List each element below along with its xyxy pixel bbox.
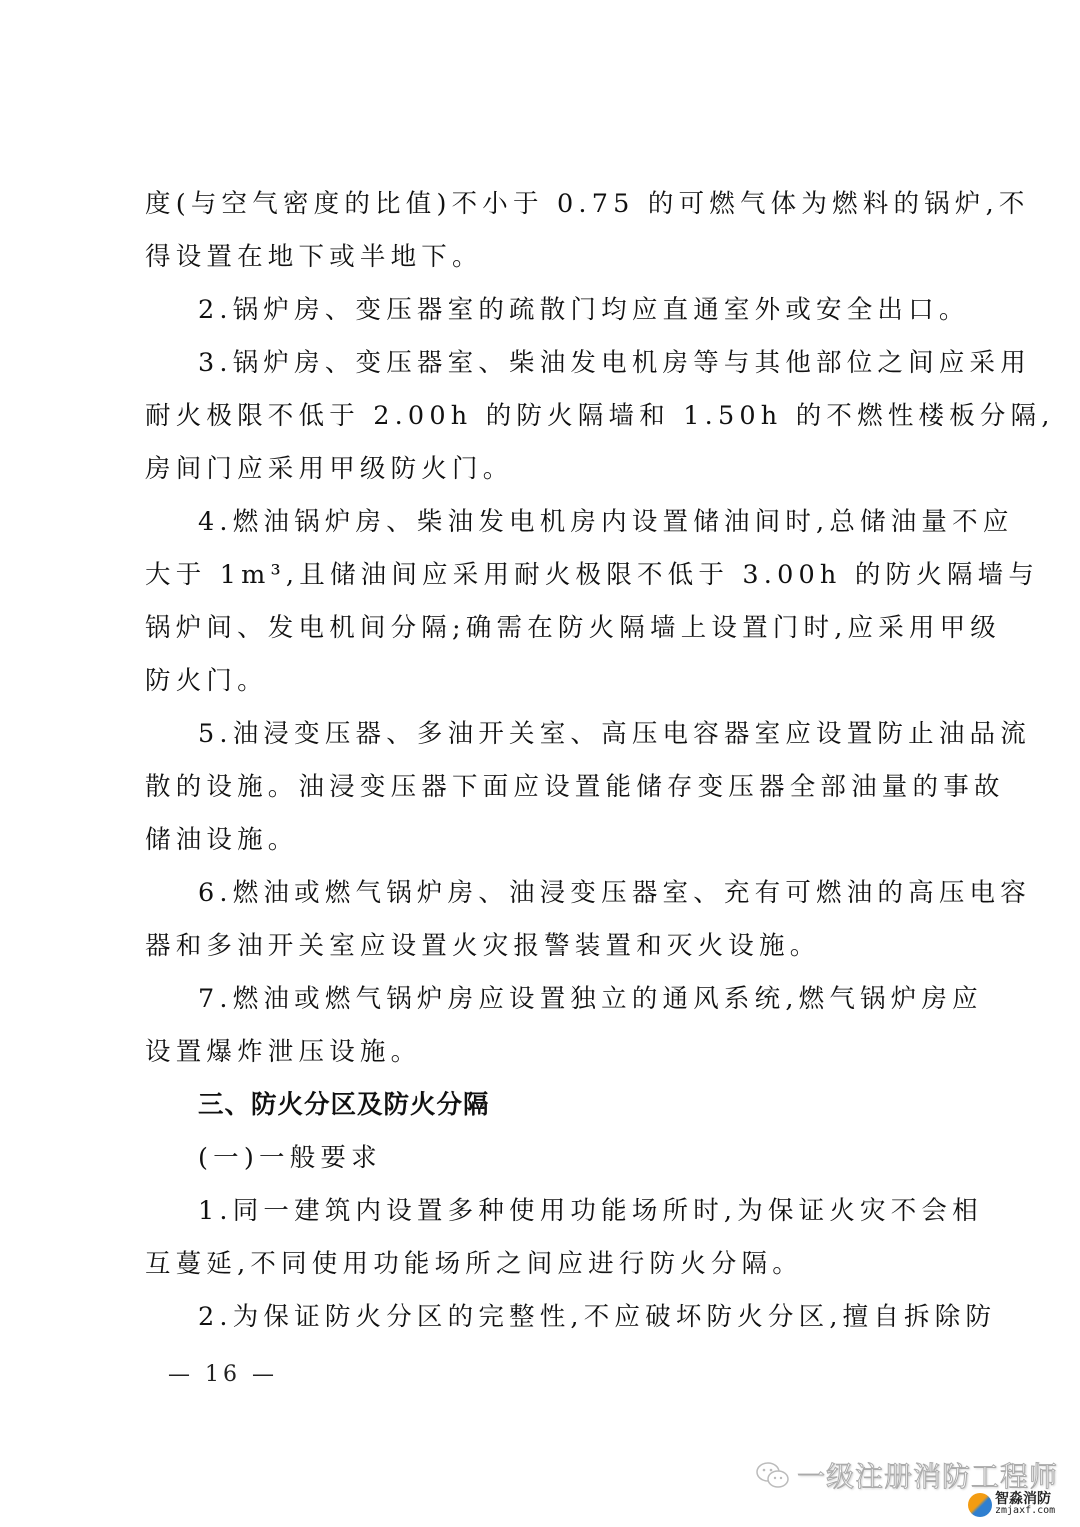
line-2: 2.锅炉房、变压器室的疏散门均应直通室外或安全出口。 [145, 284, 940, 337]
line-11: 散的设施。油浸变压器下面应设置能储存变压器全部油量的事故 [145, 761, 940, 814]
logo-url: zmjaxf.com [995, 1505, 1055, 1517]
line-8: 锅炉间、发电机间分隔;确需在防火隔墙上设置门时,应采用甲级 [145, 602, 940, 655]
document-body: 度(与空气密度的比值)不小于 0.75 的可燃气体为燃料的锅炉,不 得设置在地下… [145, 178, 940, 1344]
subsection-heading: (一)一般要求 [145, 1132, 940, 1185]
line-20: 互蔓延,不同使用功能场所之间应进行防火分隔。 [145, 1238, 940, 1291]
line-15: 7.燃油或燃气锅炉房应设置独立的通风系统,燃气锅炉房应 [145, 973, 940, 1026]
site-logo: 智淼消防 zmjaxf.com [968, 1493, 1055, 1517]
watermark-account: 一级注册消防工程师 [797, 1455, 1058, 1495]
line-7: 大于 1m³,且储油间应采用耐火极限不低于 3.00h 的防火隔墙与 [145, 549, 940, 602]
line-3: 3.锅炉房、变压器室、柴油发电机房等与其他部位之间应采用 [145, 337, 940, 390]
line-6: 4.燃油锅炉房、柴油发电机房内设置储油间时,总储油量不应 [145, 496, 940, 549]
line-4: 耐火极限不低于 2.00h 的防火隔墙和 1.50h 的不燃性楼板分隔, [145, 390, 940, 443]
line-16: 设置爆炸泄压设施。 [145, 1026, 940, 1079]
page-number: — 16 — [168, 1362, 278, 1387]
line-0: 度(与空气密度的比值)不小于 0.75 的可燃气体为燃料的锅炉,不 [145, 178, 940, 231]
wechat-icon [755, 1460, 791, 1490]
line-14: 器和多油开关室应设置火灾报警装置和灭火设施。 [145, 920, 940, 973]
section-heading: 三、防火分区及防火分隔 [145, 1079, 940, 1132]
line-9: 防火门。 [145, 655, 940, 708]
line-12: 储油设施。 [145, 814, 940, 867]
logo-icon [968, 1493, 992, 1517]
line-10: 5.油浸变压器、多油开关室、高压电容器室应设置防止油品流 [145, 708, 940, 761]
line-1: 得设置在地下或半地下。 [145, 231, 940, 284]
line-21: 2.为保证防火分区的完整性,不应破坏防火分区,擅自拆除防 [145, 1291, 940, 1344]
line-13: 6.燃油或燃气锅炉房、油浸变压器室、充有可燃油的高压电容 [145, 867, 940, 920]
watermark: 一级注册消防工程师 [755, 1455, 1058, 1495]
line-5: 房间门应采用甲级防火门。 [145, 443, 940, 496]
logo-name: 智淼消防 [995, 1493, 1055, 1505]
line-19: 1.同一建筑内设置多种使用功能场所时,为保证火灾不会相 [145, 1185, 940, 1238]
